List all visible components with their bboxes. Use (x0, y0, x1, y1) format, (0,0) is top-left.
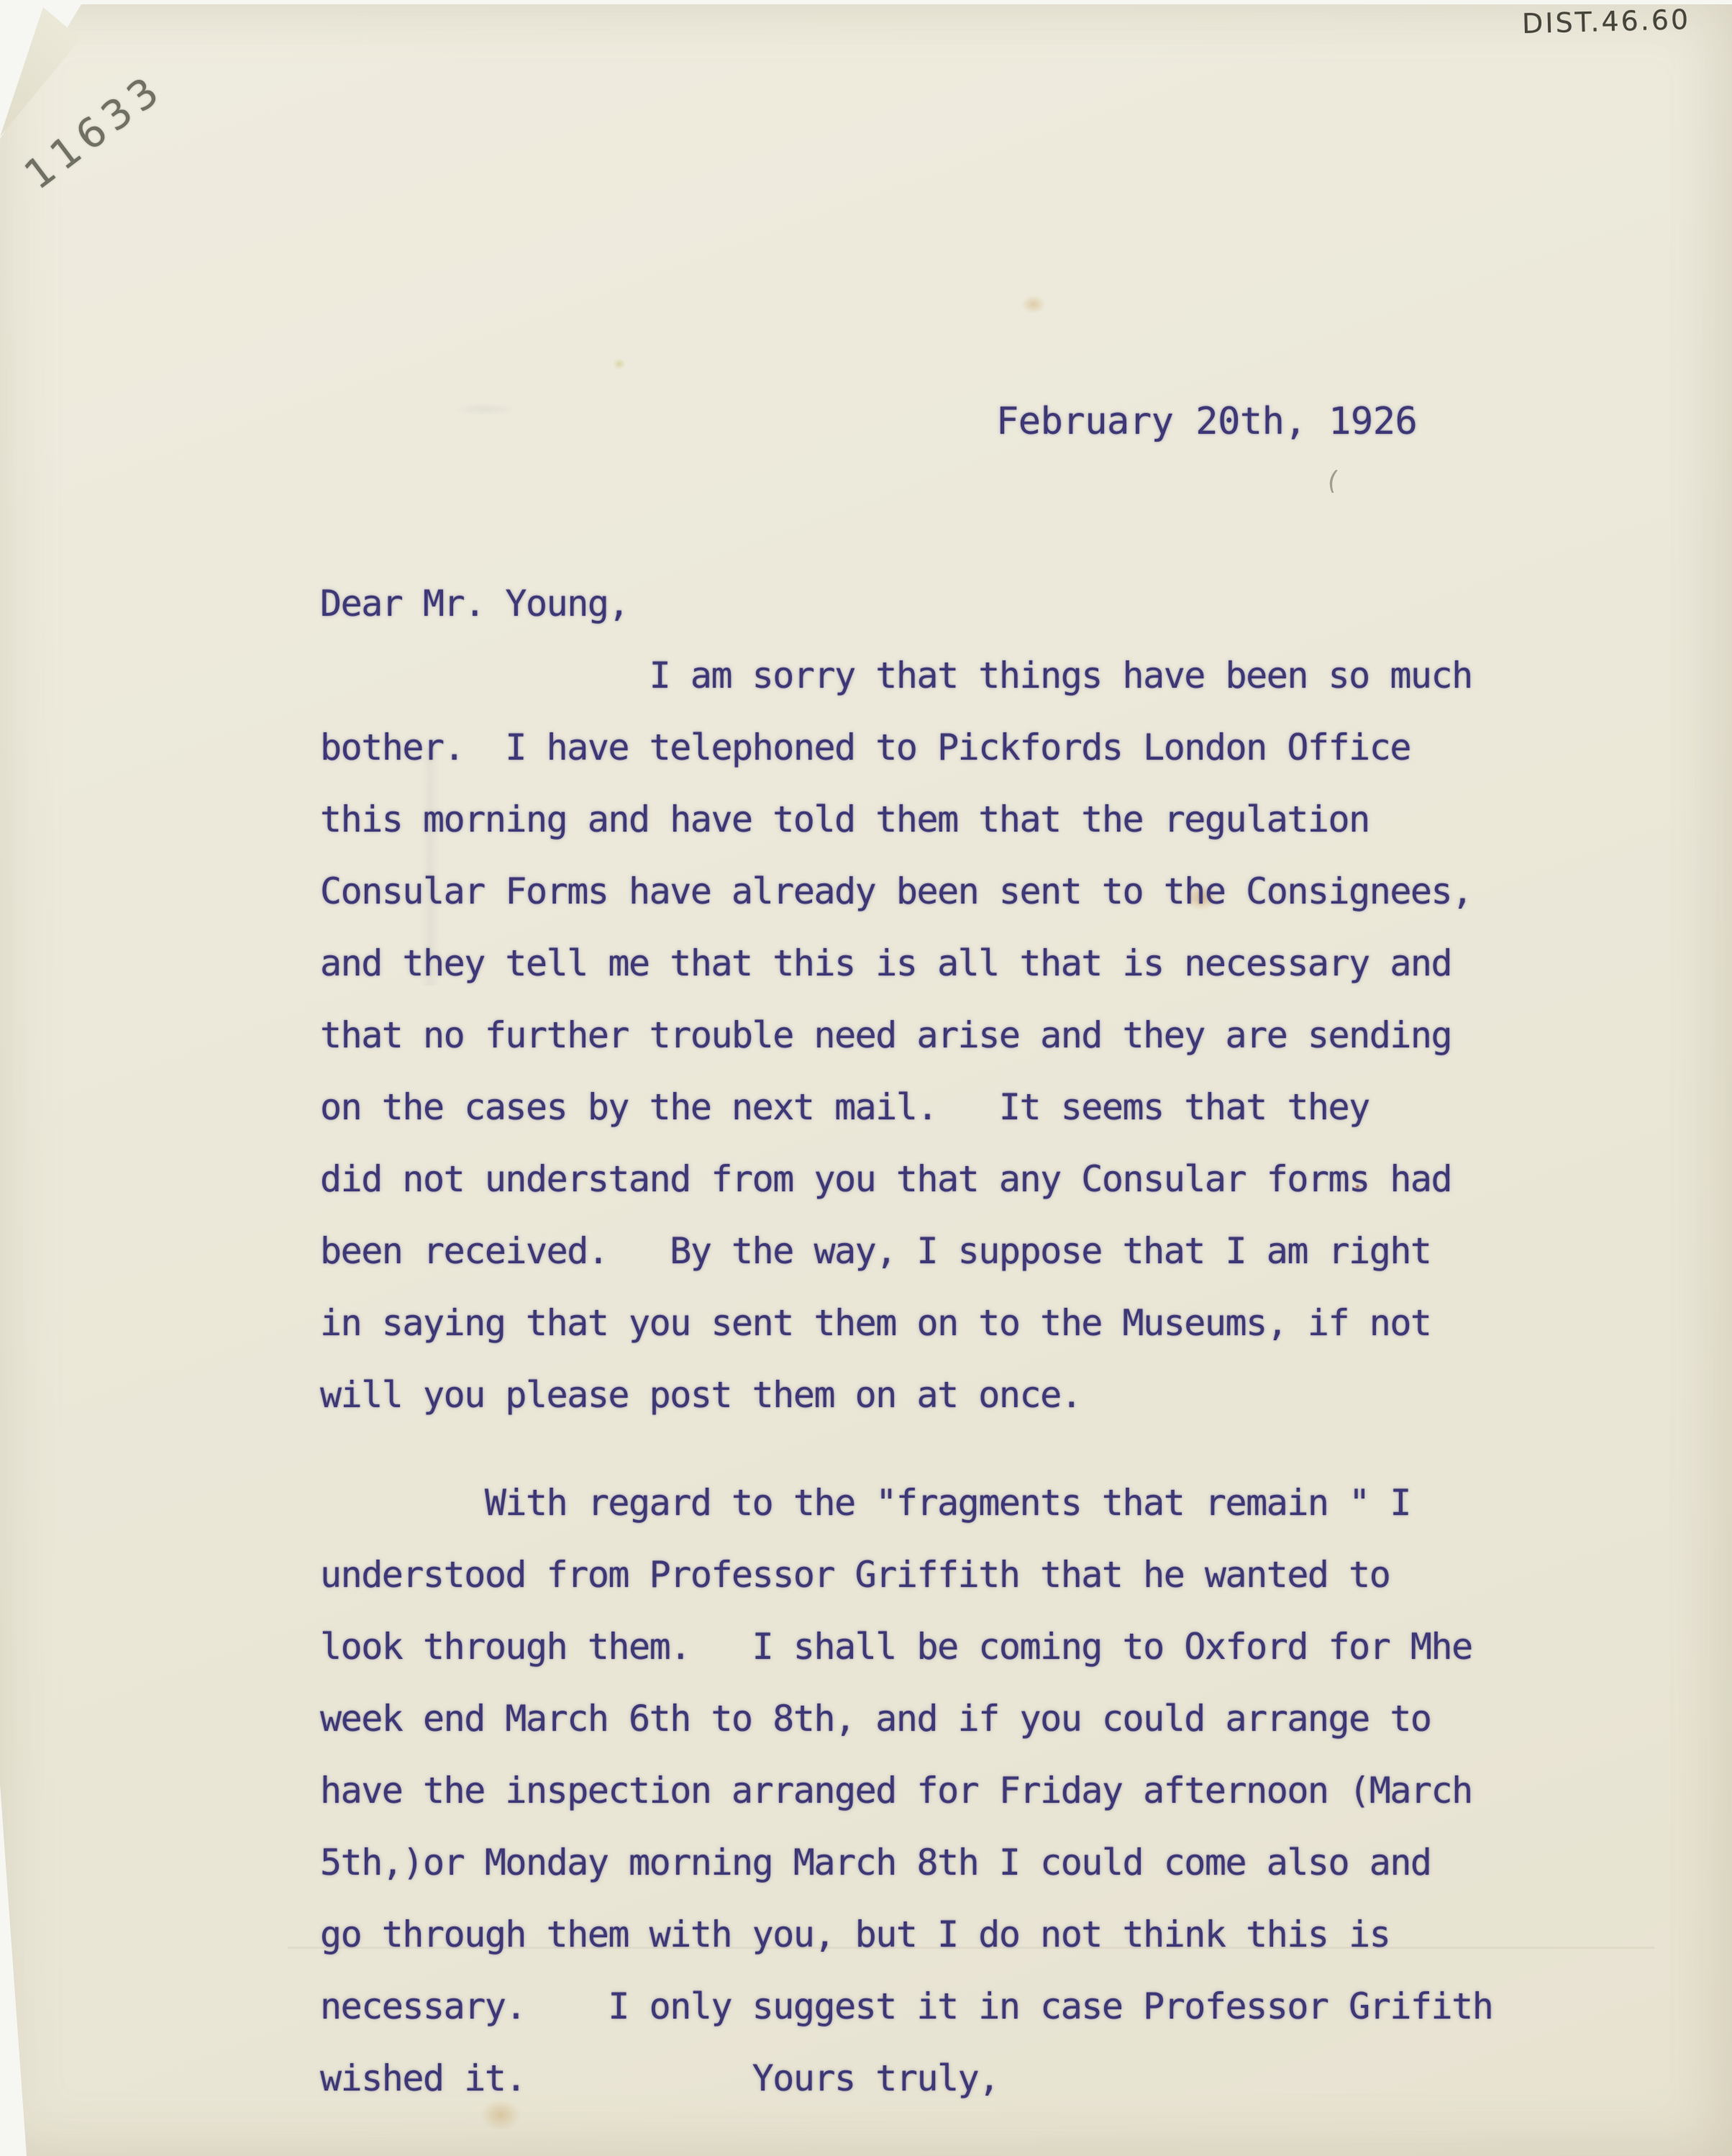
letter-line: did not understand from you that any Con… (320, 1158, 1492, 1230)
dist-number-annotation: DIST.46.60 (1521, 4, 1690, 40)
letter-line: that no further trouble need arise and t… (320, 1014, 1492, 1086)
letter-line: necessary. I only suggest it in case Pro… (320, 1986, 1492, 2057)
scanned-letter-page: February 20th, 1926 Dear Mr. Young, I am… (0, 0, 1732, 2156)
letter-line: will you please post them on at once. (320, 1374, 1492, 1446)
paper-smudge (453, 403, 518, 416)
letter-line: and they tell me that this is all that i… (320, 942, 1492, 1014)
letter-date: February 20th, 1926 (996, 400, 1417, 443)
letter-line: go through them with you, but I do not t… (320, 1914, 1492, 1986)
letter-line: Dear Mr. Young, (320, 583, 1492, 655)
letter-line: have the inspection arranged for Friday … (320, 1770, 1492, 1842)
letter-body: Dear Mr. Young, I am sorry that things h… (320, 583, 1492, 2129)
letter-line: bother. I have telephoned to Pickfords L… (320, 727, 1492, 799)
letter-line: I am sorry that things have been so much (320, 655, 1492, 727)
letter-line: look through them. I shall be coming to … (320, 1626, 1492, 1698)
letter-line: Consular Forms have already been sent to… (320, 870, 1492, 942)
paper-stain (613, 358, 626, 370)
letter-paper: February 20th, 1926 Dear Mr. Young, I am… (0, 0, 1732, 2156)
letter-line: on the cases by the next mail. It seems … (320, 1086, 1492, 1158)
letter-line: been received. By the way, I suppose tha… (320, 1230, 1492, 1302)
letter-line: With regard to the "fragments that remai… (320, 1482, 1492, 1554)
letter-paragraph: With regard to the "fragments that remai… (320, 1482, 1492, 2129)
letter-line: in saying that you sent them on to the M… (320, 1302, 1492, 1374)
letter-line: wished it. Yours truly, (320, 2057, 1492, 2129)
paper-stain (1021, 295, 1046, 314)
letter-line: 5th,)or Monday morning March 8th I could… (320, 1842, 1492, 1914)
letter-line: understood from Professor Griffith that … (320, 1554, 1492, 1626)
pencil-mark: ( (1326, 465, 1341, 496)
letter-paragraph: Dear Mr. Young, I am sorry that things h… (320, 583, 1492, 1446)
letter-line: this morning and have told them that the… (320, 799, 1492, 870)
letter-line: week end March 6th to 8th, and if you co… (320, 1698, 1492, 1770)
